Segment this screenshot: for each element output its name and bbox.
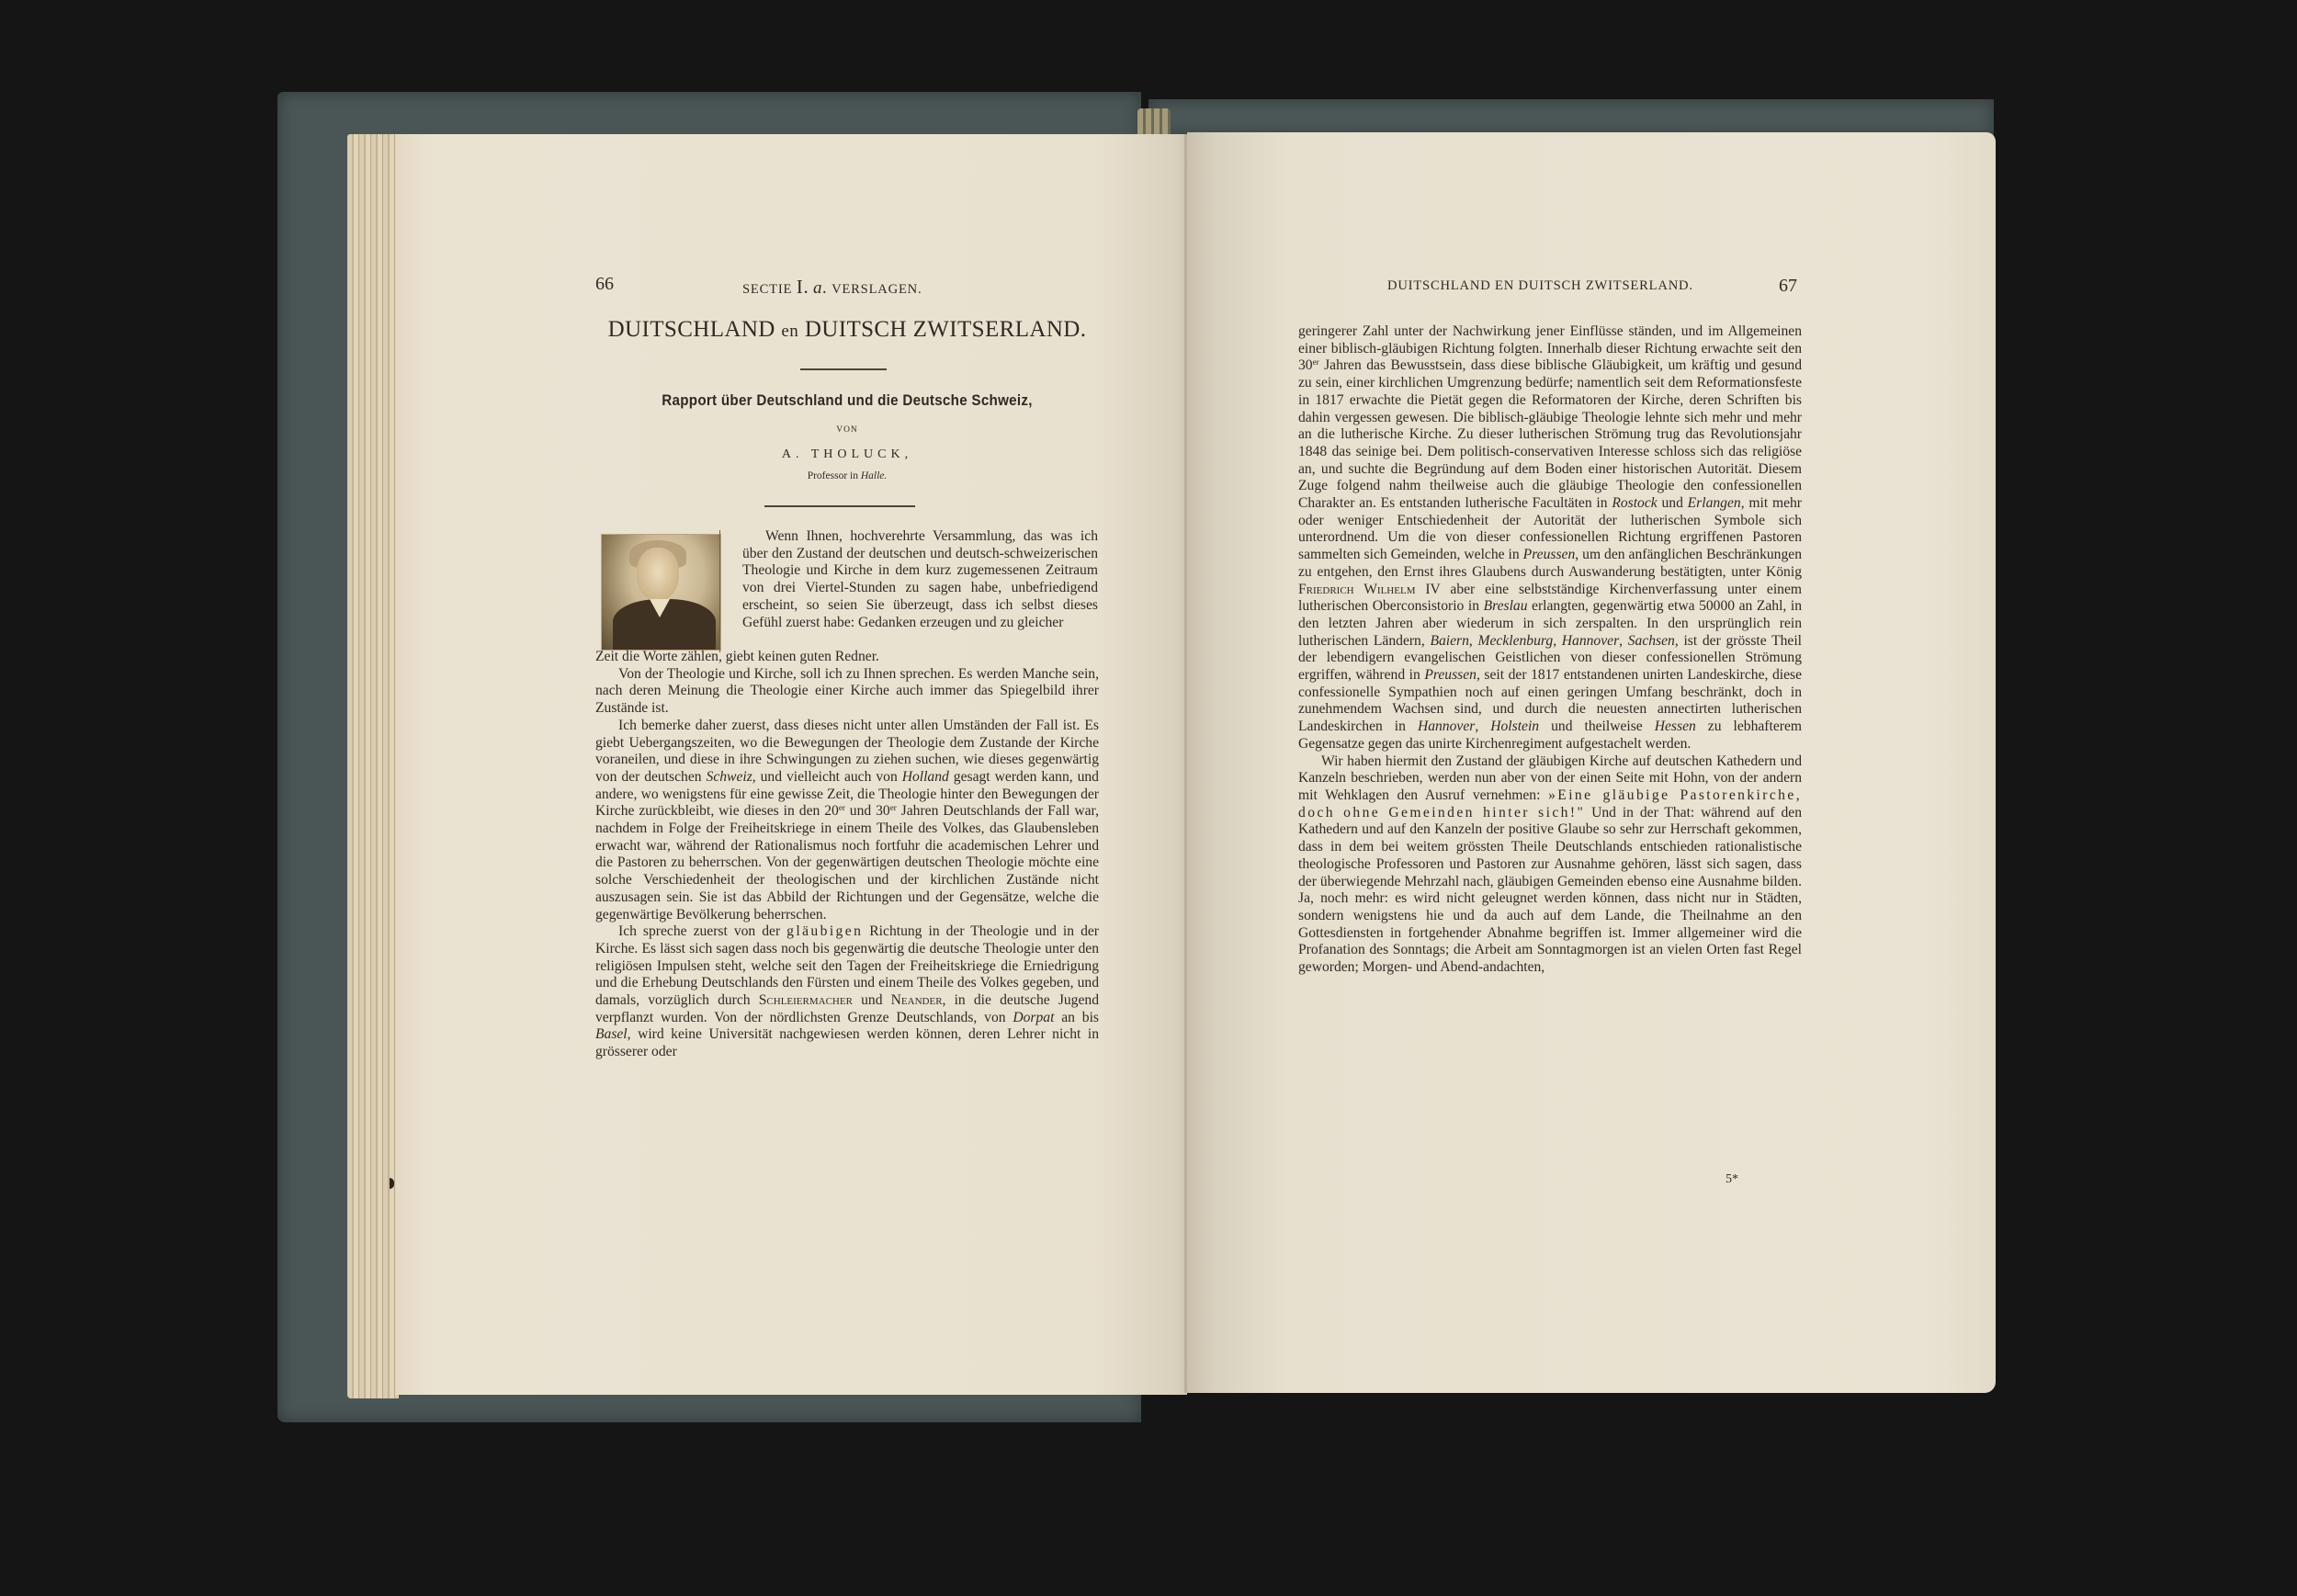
- author-portrait: [601, 534, 721, 651]
- title-conjunction: en: [781, 322, 798, 341]
- byline-rule: [764, 505, 915, 507]
- text-segment: Breslau: [1484, 598, 1528, 614]
- portrait-face: [637, 548, 679, 601]
- title-part1: DUITSCHLAND: [608, 317, 775, 342]
- paragraph: Von der Theologie und Kirche, soll ich z…: [595, 666, 1099, 718]
- book-cover-right: [1148, 99, 1994, 136]
- text-segment: er: [890, 803, 897, 812]
- text-segment: Hannover: [1418, 719, 1475, 734]
- running-head-right: DUITSCHLAND EN DUITSCH ZWITSERLAND.: [1387, 278, 1693, 294]
- left-body-text: Zeit die Worte zählen, giebt keinen gute…: [595, 649, 1099, 1061]
- text-segment: er: [1313, 357, 1319, 367]
- signature-mark: 5*: [1726, 1172, 1738, 1187]
- paragraph: Wir haben hiermit den Zustand der gläubi…: [1298, 753, 1802, 977]
- affiliation-place: Halle.: [861, 470, 887, 481]
- paragraph: Ich spreche zuerst von der gläubigen Ric…: [595, 923, 1099, 1061]
- page-number-right: 67: [1779, 276, 1797, 297]
- text-segment: »Eine gläubige Pastorenkirche, doch ohne…: [1298, 787, 1802, 821]
- text-segment: Holstein: [1490, 719, 1539, 734]
- text-segment: Baiern: [1430, 633, 1468, 649]
- author-affiliation: Professor in Halle.: [595, 470, 1099, 481]
- intro-paragraph: Wenn Ihnen, hochverehrte Versammlung, da…: [742, 528, 1098, 631]
- portrait-border-line: [719, 530, 720, 652]
- text-segment: Holland: [902, 769, 949, 785]
- paragraph: Ich bemerke daher zuerst, dass dieses ni…: [595, 718, 1099, 923]
- text-segment: er: [839, 803, 845, 812]
- text-segment: Friedrich Wilhelm: [1298, 582, 1415, 597]
- text-segment: Hannover: [1562, 633, 1619, 649]
- text-segment: Preussen: [1523, 547, 1576, 562]
- right-body-text: geringerer Zahl unter der Nachwirkung je…: [1298, 323, 1802, 977]
- author-name: A. THOLUCK,: [595, 447, 1099, 462]
- page-number-left: 66: [595, 274, 614, 295]
- byline-von: VON: [595, 425, 1099, 435]
- text-segment: Erlangen: [1688, 495, 1741, 511]
- text-segment: Basel: [595, 1026, 628, 1042]
- text-segment: Preussen: [1424, 667, 1477, 683]
- text-segment: Rostock: [1612, 495, 1657, 511]
- headband: [1137, 108, 1171, 136]
- paragraph: geringerer Zahl unter der Nachwirkung je…: [1298, 323, 1802, 753]
- text-segment: Schweiz: [707, 769, 752, 785]
- text-segment: Sachsen: [1628, 633, 1675, 649]
- title-rule: [800, 368, 887, 370]
- affiliation-prefix: Professor in: [808, 470, 858, 481]
- article-title: DUITSCHLAND en DUITSCH ZWITSERLAND.: [595, 317, 1099, 343]
- running-head-letter: a.: [813, 278, 828, 298]
- paragraph: Zeit die Worte zählen, giebt keinen gute…: [595, 649, 1099, 666]
- text-segment: Mecklenburg: [1478, 633, 1554, 649]
- text-segment: Schleiermacher: [759, 992, 853, 1008]
- running-head-left: SECTIE I. a. VERSLAGEN.: [742, 276, 922, 299]
- text-segment: Neander: [891, 992, 943, 1008]
- text-segment: Hessen: [1655, 719, 1696, 734]
- running-head-numeral: I.: [797, 276, 809, 298]
- running-head-prefix: SECTIE: [742, 282, 792, 297]
- page-edges-stack: [347, 134, 399, 1398]
- text-segment: gläubigen: [786, 923, 863, 939]
- title-part2: DUITSCH ZWITSERLAND.: [805, 317, 1087, 342]
- running-head-suffix: VERSLAGEN.: [832, 282, 922, 297]
- article-subtitle: Rapport über Deutschland und die Deutsch…: [616, 392, 1079, 410]
- book-gutter: [1184, 134, 1187, 1393]
- text-segment: Dorpat: [1013, 1010, 1054, 1025]
